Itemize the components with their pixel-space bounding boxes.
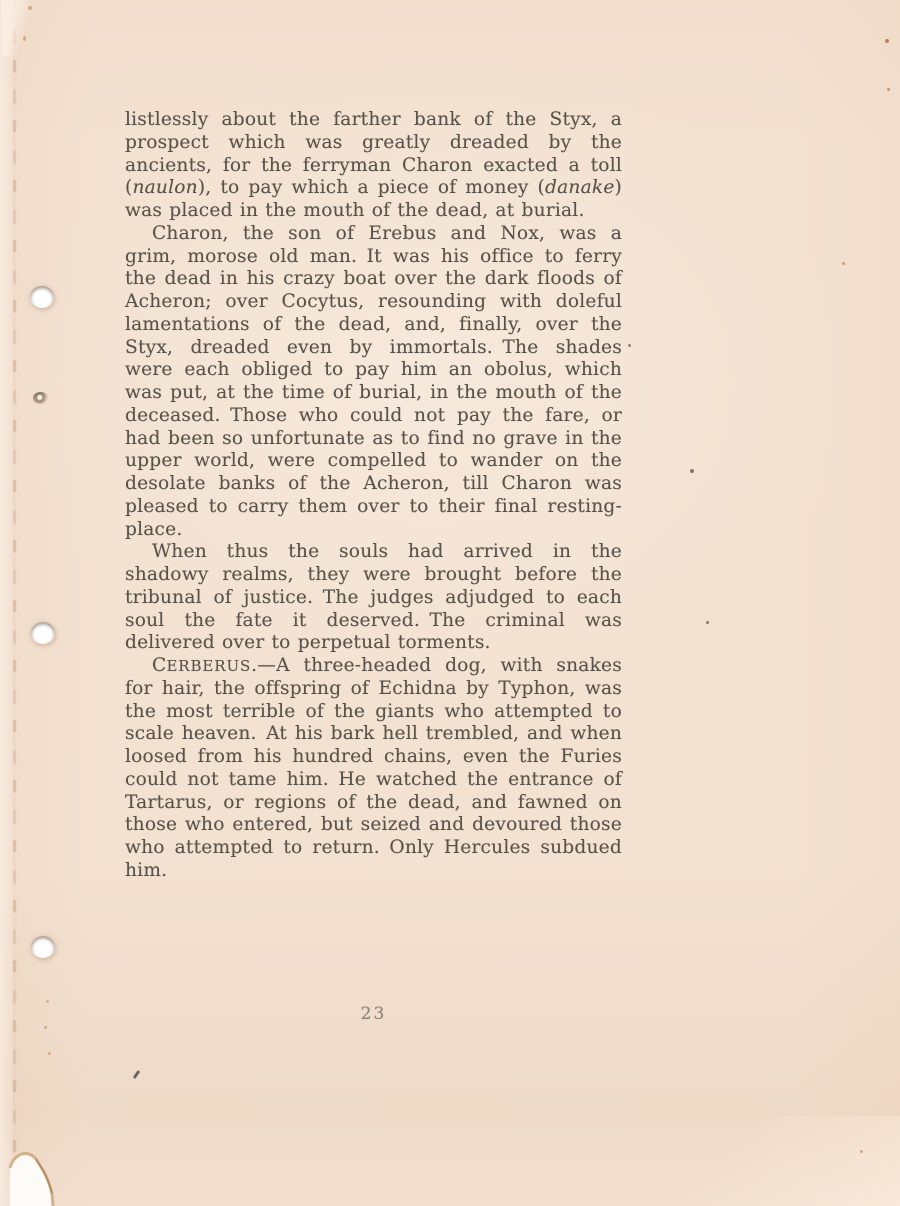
paper-shading bbox=[640, 1116, 900, 1206]
paper-speck bbox=[44, 1026, 47, 1029]
paper-speck bbox=[133, 1070, 141, 1079]
scanned-page: listlessly about the farther bank of the… bbox=[0, 0, 900, 1206]
paper-speck bbox=[23, 36, 26, 41]
punch-hole bbox=[31, 622, 55, 644]
italic-term: danake bbox=[545, 177, 615, 198]
paper-speck bbox=[46, 1000, 49, 1003]
paper-speck bbox=[885, 39, 889, 43]
text-block: listlessly about the farther bank of the… bbox=[125, 109, 622, 883]
paragraph: When thus the souls had arrived in the s… bbox=[125, 541, 622, 655]
paper-speck bbox=[690, 469, 694, 473]
text-run: Charon, the son of Erebus and Nox, was a… bbox=[125, 223, 622, 540]
text-run: .—A three-headed dog, with snakes for ha… bbox=[125, 655, 622, 881]
paper-speck bbox=[706, 621, 709, 624]
paper-speck bbox=[860, 1150, 863, 1153]
page-number: 23 bbox=[125, 1004, 622, 1024]
paper-speck bbox=[48, 1052, 51, 1055]
paper-speck bbox=[628, 344, 631, 347]
paper-speck bbox=[842, 262, 845, 265]
italic-term: naulon bbox=[132, 177, 197, 198]
paragraph: listlessly about the farther bank of the… bbox=[125, 109, 622, 223]
paragraph: Charon, the son of Erebus and Nox, was a… bbox=[125, 223, 622, 542]
torn-corner bbox=[0, 1126, 90, 1206]
text-run: C bbox=[152, 655, 166, 676]
paper-speck bbox=[887, 88, 890, 91]
punch-hole bbox=[31, 936, 55, 958]
text-run: ERBERUS bbox=[166, 657, 251, 675]
paper-crease bbox=[13, 0, 16, 1160]
text-run: When thus the souls had arrived in the s… bbox=[125, 541, 622, 653]
text-run: ), to pay which a piece of money ( bbox=[198, 177, 545, 198]
paragraph: CERBERUS.—A three-headed dog, with snake… bbox=[125, 655, 622, 883]
punch-hole bbox=[30, 286, 54, 308]
paper-defect bbox=[33, 392, 48, 404]
paper-edge-highlight bbox=[0, 0, 13, 1206]
paper-speck bbox=[28, 6, 32, 10]
